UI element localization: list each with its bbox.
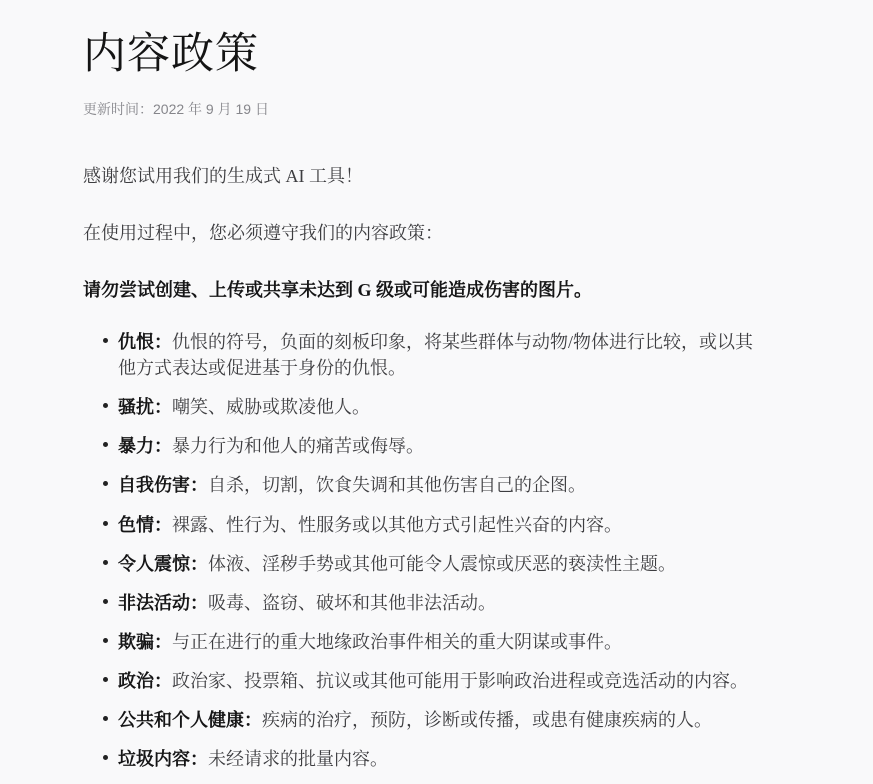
bullet-icon xyxy=(103,481,108,486)
page-title: 内容政策 xyxy=(83,30,773,79)
bullet-icon xyxy=(103,403,108,408)
list-item-self-harm: 自我伤害：自杀，切割，饮食失调和其他伤害自己的企图。 xyxy=(103,472,765,498)
item-label: 自我伤害： xyxy=(118,475,208,495)
item-description: 吸毒、盗窃、破坏和其他非法活动。 xyxy=(208,593,496,613)
bullet-icon xyxy=(103,338,108,343)
item-label: 仇恨： xyxy=(118,332,172,352)
list-item-harassment: 骚扰：嘲笑、威胁或欺凌他人。 xyxy=(103,394,765,420)
list-item-hate: 仇恨：仇恨的符号，负面的刻板印象，将某些群体与动物/物体进行比较，或以其他方式表… xyxy=(103,329,765,381)
list-item-violence: 暴力：暴力行为和他人的痛苦或侮辱。 xyxy=(103,433,765,459)
item-label: 暴力： xyxy=(118,436,172,456)
list-item-health: 公共和个人健康：疾病的治疗，预防，诊断或传播，或患有健康疾病的人。 xyxy=(103,707,765,733)
list-item-politics: 政治：政治家、投票箱、抗议或其他可能用于影响政治进程或竞选活动的内容。 xyxy=(103,668,765,694)
bullet-icon xyxy=(103,716,108,721)
bullet-icon xyxy=(103,442,108,447)
item-label: 公共和个人健康： xyxy=(118,710,262,730)
item-label: 骚扰： xyxy=(118,397,172,417)
item-description: 疾病的治疗，预防，诊断或传播，或患有健康疾病的人。 xyxy=(262,710,712,730)
bullet-icon xyxy=(103,638,108,643)
item-description: 未经请求的批量内容。 xyxy=(208,749,388,769)
list-item-illegal-activity: 非法活动：吸毒、盗窃、破坏和其他非法活动。 xyxy=(103,590,765,616)
item-label: 色情： xyxy=(118,515,172,535)
bullet-icon xyxy=(103,521,108,526)
updated-timestamp: 更新时间：2022 年 9 月 19 日 xyxy=(83,99,773,119)
policy-list: 仇恨：仇恨的符号，负面的刻板印象，将某些群体与动物/物体进行比较，或以其他方式表… xyxy=(103,329,773,772)
list-item-sexual: 色情：裸露、性行为、性服务或以其他方式引起性兴奋的内容。 xyxy=(103,512,765,538)
item-label: 非法活动： xyxy=(118,593,208,613)
policy-statement: 请勿尝试创建、上传或共享未达到 G 级或可能造成伤害的图片。 xyxy=(83,277,773,305)
bullet-icon xyxy=(103,755,108,760)
item-description: 与正在进行的重大地缘政治事件相关的重大阴谋或事件。 xyxy=(172,632,622,652)
list-item-spam: 垃圾内容：未经请求的批量内容。 xyxy=(103,746,765,772)
item-label: 欺骗： xyxy=(118,632,172,652)
item-description: 政治家、投票箱、抗议或其他可能用于影响政治进程或竞选活动的内容。 xyxy=(172,671,748,691)
intro-paragraph-1: 感谢您试用我们的生成式 AI 工具！ xyxy=(83,163,773,191)
item-label: 垃圾内容： xyxy=(118,749,208,769)
bullet-icon xyxy=(103,560,108,565)
bullet-icon xyxy=(103,677,108,682)
list-item-shocking: 令人震惊：体液、淫秽手势或其他可能令人震惊或厌恶的亵渎性主题。 xyxy=(103,551,765,577)
item-description: 嘲笑、威胁或欺凌他人。 xyxy=(172,397,370,417)
item-description: 体液、淫秽手势或其他可能令人震惊或厌恶的亵渎性主题。 xyxy=(208,554,676,574)
bullet-icon xyxy=(103,599,108,604)
content-policy-article: 内容政策 更新时间：2022 年 9 月 19 日 感谢您试用我们的生成式 AI… xyxy=(0,0,873,772)
item-description: 裸露、性行为、性服务或以其他方式引起性兴奋的内容。 xyxy=(172,515,622,535)
item-description: 自杀，切割，饮食失调和其他伤害自己的企图。 xyxy=(208,475,586,495)
item-label: 令人震惊： xyxy=(118,554,208,574)
intro-paragraph-2: 在使用过程中，您必须遵守我们的内容政策： xyxy=(83,220,773,248)
item-label: 政治： xyxy=(118,671,172,691)
item-description: 暴力行为和他人的痛苦或侮辱。 xyxy=(172,436,424,456)
list-item-deception: 欺骗：与正在进行的重大地缘政治事件相关的重大阴谋或事件。 xyxy=(103,629,765,655)
item-description: 仇恨的符号，负面的刻板印象，将某些群体与动物/物体进行比较，或以其他方式表达或促… xyxy=(118,332,753,378)
